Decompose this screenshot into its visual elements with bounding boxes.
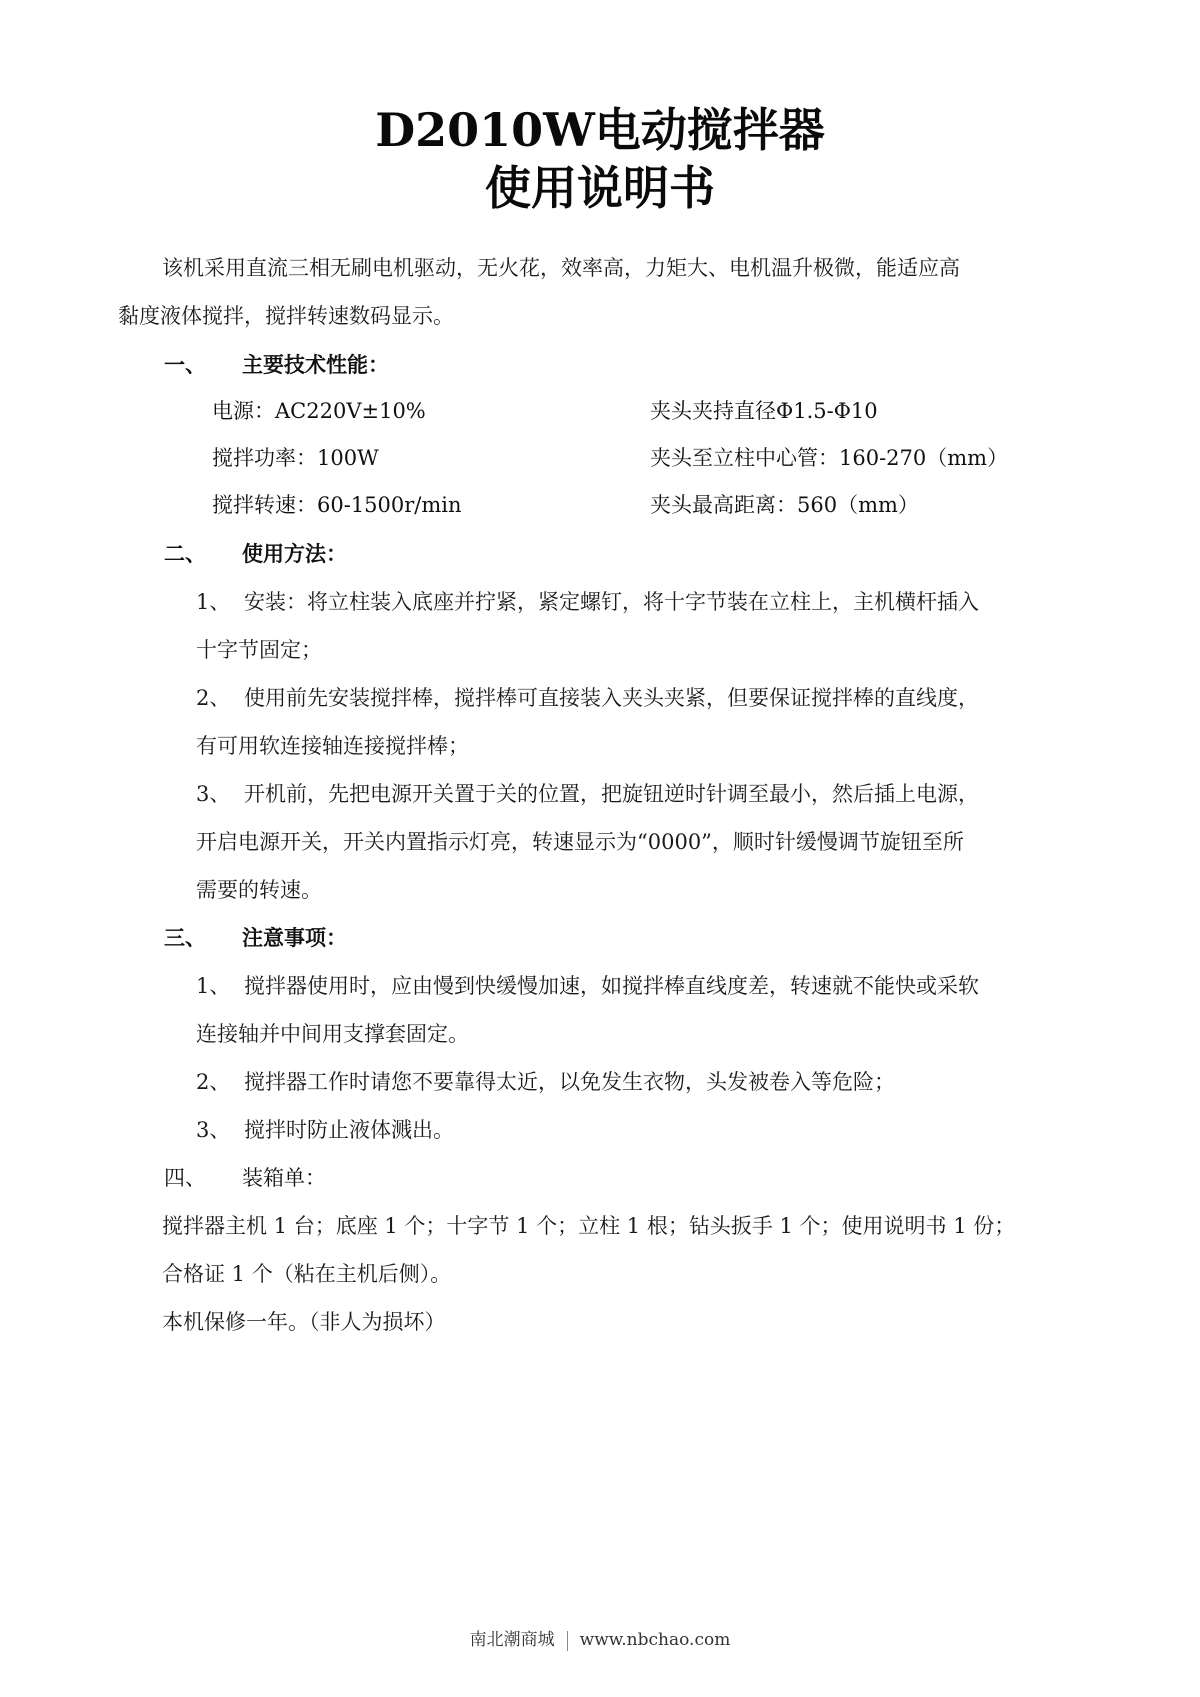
item-index: 1、 bbox=[196, 962, 244, 1010]
section-title: 注意事项： bbox=[242, 925, 347, 950]
section-4-heading: 四、装箱单： bbox=[164, 1154, 326, 1202]
section-2-heading: 二、使用方法： bbox=[164, 530, 347, 578]
spec-chuck-to-column: 夹头至立柱中心管：160-270（mm） bbox=[650, 435, 1008, 481]
intro-line-1: 该机采用直流三相无刷电机驱动，无火花，效率高，力矩大、电机温升极微，能适应高 bbox=[162, 244, 960, 292]
section-title: 使用方法： bbox=[242, 541, 347, 566]
caution-item-2: 2、搅拌器工作时请您不要靠得太近，以免发生衣物，头发被卷入等危险； bbox=[196, 1058, 895, 1106]
item-text: 搅拌器使用时，应由慢到快缓慢加速，如搅拌棒直线度差，转速就不能快或采软 bbox=[244, 974, 979, 998]
item-index: 3、 bbox=[196, 770, 244, 818]
usage-item-3-cont: 开启电源开关，开关内置指示灯亮，转速显示为“0000”，顺时针缓慢调节旋钮至所 bbox=[196, 818, 964, 866]
item-text: 使用前先安装搅拌棒，搅拌棒可直接装入夹头夹紧，但要保证搅拌棒的直线度， bbox=[244, 686, 979, 710]
usage-item-1-cont: 十字节固定； bbox=[196, 626, 322, 674]
document-title: D2010W电动搅拌器 bbox=[0, 100, 1200, 160]
usage-item-3: 3、开机前，先把电源开关置于关的位置，把旋钮逆时针调至最小，然后插上电源， bbox=[196, 770, 979, 818]
packing-list-line-1: 搅拌器主机 1 台；底座 1 个；十字节 1 个；立柱 1 根；钻头扳手 1 个… bbox=[162, 1202, 1015, 1250]
section-title: 主要技术性能： bbox=[242, 352, 389, 377]
footer-brand: 南北潮商城 bbox=[470, 1630, 555, 1650]
item-text: 搅拌器工作时请您不要靠得太近，以免发生衣物，头发被卷入等危险； bbox=[244, 1070, 895, 1094]
caution-item-3: 3、搅拌时防止液体溅出。 bbox=[196, 1106, 454, 1154]
item-text: 开机前，先把电源开关置于关的位置，把旋钮逆时针调至最小，然后插上电源， bbox=[244, 782, 979, 806]
page-footer: 南北潮商城www.nbchao.com bbox=[0, 1628, 1200, 1652]
spec-chuck-max-height: 夹头最高距离：560（mm） bbox=[650, 482, 919, 528]
section-1-heading: 一、主要技术性能： bbox=[164, 341, 389, 389]
section-number: 二、 bbox=[164, 530, 242, 578]
item-index: 3、 bbox=[196, 1106, 244, 1154]
section-number: 四、 bbox=[164, 1154, 242, 1202]
usage-item-2-cont: 有可用软连接轴连接搅拌棒； bbox=[196, 722, 469, 770]
footer-divider bbox=[567, 1631, 568, 1651]
spec-stirring-speed: 搅拌转速：60-1500r/min bbox=[212, 482, 462, 528]
item-text: 安装：将立柱装入底座并拧紧，紧定螺钉，将十字节装在立柱上，主机横杆插入 bbox=[244, 590, 979, 614]
usage-item-3-cont-2: 需要的转速。 bbox=[196, 866, 322, 914]
item-index: 2、 bbox=[196, 1058, 244, 1106]
section-number: 一、 bbox=[164, 341, 242, 389]
usage-item-1: 1、安装：将立柱装入底座并拧紧，紧定螺钉，将十字节装在立柱上，主机横杆插入 bbox=[196, 578, 979, 626]
document-subtitle: 使用说明书 bbox=[0, 158, 1200, 218]
usage-item-2: 2、使用前先安装搅拌棒，搅拌棒可直接装入夹头夹紧，但要保证搅拌棒的直线度， bbox=[196, 674, 979, 722]
item-index: 2、 bbox=[196, 674, 244, 722]
spec-power-supply: 电源：AC220V±10% bbox=[212, 388, 426, 434]
footer-url[interactable]: www.nbchao.com bbox=[580, 1630, 731, 1650]
warranty-note: 本机保修一年。（非人为损坏） bbox=[162, 1298, 446, 1346]
document-page: D2010W电动搅拌器 使用说明书 该机采用直流三相无刷电机驱动，无火花，效率高… bbox=[0, 0, 1200, 1697]
packing-list-line-2: 合格证 1 个（粘在主机后侧）。 bbox=[162, 1250, 451, 1298]
section-number: 三、 bbox=[164, 914, 242, 962]
spec-stirring-power: 搅拌功率：100W bbox=[212, 435, 379, 481]
section-3-heading: 三、注意事项： bbox=[164, 914, 347, 962]
section-title: 装箱单： bbox=[242, 1166, 326, 1190]
caution-item-1-cont: 连接轴并中间用支撑套固定。 bbox=[196, 1010, 469, 1058]
caution-item-1: 1、搅拌器使用时，应由慢到快缓慢加速，如搅拌棒直线度差，转速就不能快或采软 bbox=[196, 962, 979, 1010]
item-text: 搅拌时防止液体溅出。 bbox=[244, 1118, 454, 1142]
intro-line-2: 黏度液体搅拌，搅拌转速数码显示。 bbox=[118, 292, 454, 340]
item-index: 1、 bbox=[196, 578, 244, 626]
spec-chuck-diameter: 夹头夹持直径Φ1.5-Φ10 bbox=[650, 388, 878, 434]
